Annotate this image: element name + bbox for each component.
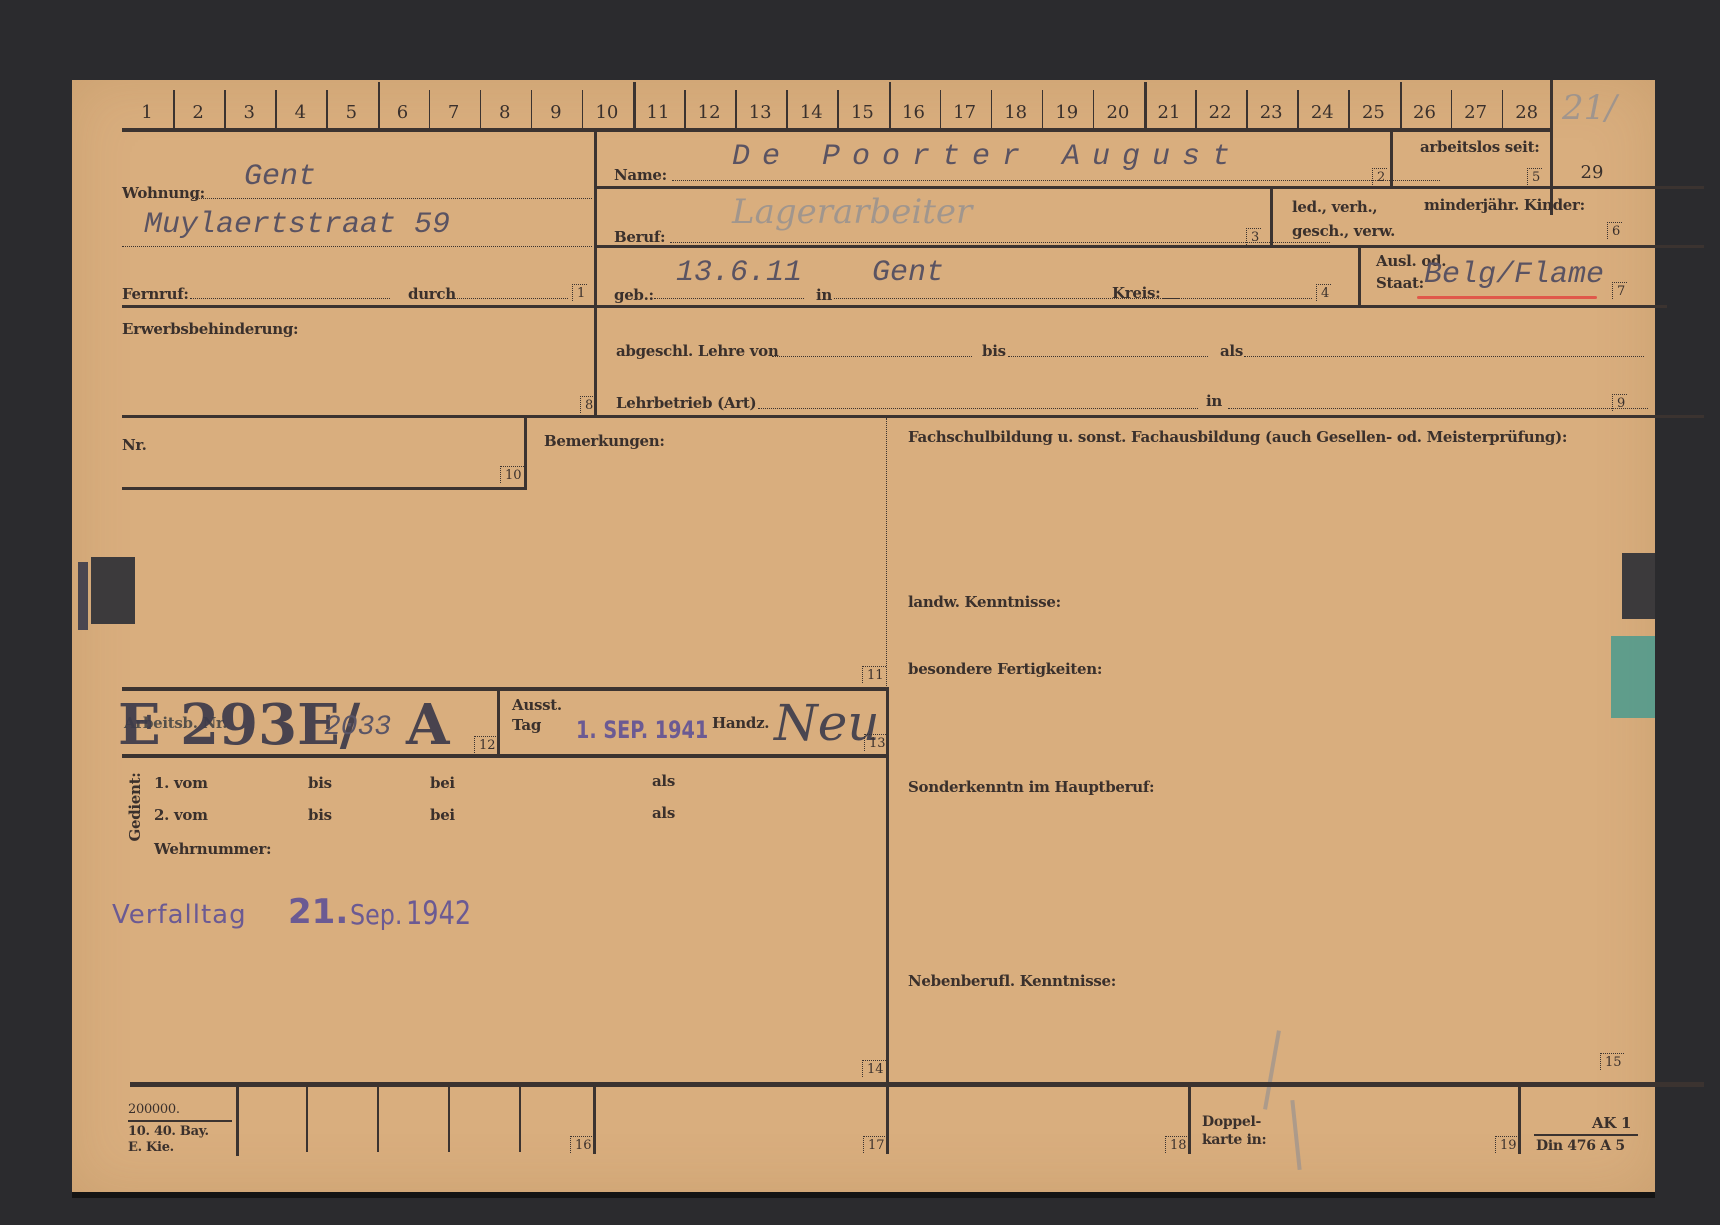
header-tick <box>1093 90 1095 130</box>
lehrbetrieb-line <box>758 408 1198 409</box>
header-number-2: 2 <box>178 102 218 123</box>
field-no-10: 10 <box>500 466 524 483</box>
verfalltag-label: Verfalltag <box>112 900 247 930</box>
lehre-bis-label: bis <box>982 342 1006 360</box>
header-tick <box>889 82 892 130</box>
header-number-28: 28 <box>1507 102 1547 123</box>
wohnung-label: Wohnung: <box>122 184 205 202</box>
rule-below-beruf <box>594 245 1704 248</box>
header-number-20: 20 <box>1098 102 1138 123</box>
rule-below-name <box>594 186 1704 189</box>
rule-below-lehre <box>122 415 1704 418</box>
header-number-10: 10 <box>587 102 627 123</box>
wohnung-line-2 <box>122 246 592 247</box>
field-no-13: 13 <box>864 734 888 751</box>
field-no-6: 6 <box>1607 222 1622 239</box>
lehrbetrieb-in-line <box>1228 408 1648 409</box>
header-tick <box>735 90 737 130</box>
nr-label: Nr. <box>122 436 147 454</box>
name-value[interactable]: De Poorter August <box>732 140 1242 174</box>
ausst-label-1: Ausst. <box>512 696 562 714</box>
staat-divider <box>1358 245 1361 305</box>
header-number-17: 17 <box>945 102 985 123</box>
verfalltag-month: Sep. <box>350 898 402 931</box>
gedient-1-bis: bis <box>308 774 332 792</box>
footer-thin-4 <box>519 1082 521 1152</box>
verfalltag-day: 21. <box>288 892 348 932</box>
lehrbetrieb-label: Lehrbetrieb (Art) <box>616 394 756 412</box>
gedient-2-bis: bis <box>308 806 332 824</box>
ausst-label-2: Tag <box>512 716 541 734</box>
lehre-als-line <box>1244 356 1644 357</box>
beruf-label: Beruf: <box>614 228 665 246</box>
col29-divider <box>1550 80 1553 215</box>
familienstand-line2: gesch., verw. <box>1292 222 1395 240</box>
erwerbsbehinderung-label: Erwerbsbehinderung: <box>122 320 298 338</box>
field-no-2: 2 <box>1372 168 1387 185</box>
geb-line <box>654 298 804 299</box>
pencil-check-lower <box>1290 1100 1301 1170</box>
gedient-2-bei: bei <box>430 806 455 824</box>
fertigkeiten-label: besondere Fertigkeiten: <box>908 660 1102 678</box>
footer-thin-2 <box>377 1082 379 1152</box>
header-tick <box>275 90 277 130</box>
nr-box-right <box>524 415 527 489</box>
arbeitsbuch-box-top <box>122 687 888 691</box>
header-tick <box>1246 90 1248 130</box>
header-number-25: 25 <box>1353 102 1393 123</box>
durch-line <box>450 298 568 299</box>
lehre-bis-line <box>1008 356 1208 357</box>
header-number-5: 5 <box>331 102 371 123</box>
header-tick <box>1195 90 1197 130</box>
field-no-1: 1 <box>572 284 587 301</box>
bemerkungen-label: Bemerkungen: <box>544 432 665 450</box>
field-no-5: 5 <box>1527 168 1542 185</box>
print-info-line1: 200000. <box>128 1102 180 1117</box>
gedient-1-bei: bei <box>430 774 455 792</box>
wohnung-line-1 <box>192 198 592 199</box>
lehrbetrieb-in-label: in <box>1206 392 1222 410</box>
header-number-24: 24 <box>1302 102 1342 123</box>
nebenberuf-label: Nebenberufl. Kenntnisse: <box>908 972 1116 990</box>
fernruf-line <box>190 298 390 299</box>
field-no-3: 3 <box>1246 228 1261 245</box>
registration-card: 1234567891011121314151617181920212223242… <box>72 80 1655 1192</box>
header-number-27: 27 <box>1456 102 1496 123</box>
arbeitsbuch-number[interactable]: 2033 <box>324 712 391 743</box>
header-tick <box>837 90 839 130</box>
header-tick <box>1144 82 1147 130</box>
fachschul-label: Fachschulbildung u. sonst. Fachausbildun… <box>908 428 1567 446</box>
durch-label: durch <box>408 285 456 303</box>
header-number-6: 6 <box>383 102 423 123</box>
wohnung-street[interactable]: Muylaertstraat 59 <box>144 208 450 242</box>
print-info-line3: E. Kie. <box>128 1140 174 1155</box>
kreis-line <box>1162 298 1312 299</box>
header-tick <box>1042 90 1044 130</box>
right-index-tab <box>1622 553 1655 619</box>
header-number-1: 1 <box>127 102 167 123</box>
main-vertical-divider <box>594 132 597 415</box>
lehre-von-line <box>772 356 972 357</box>
header-tick <box>1348 90 1350 130</box>
handz-label: Handz. <box>712 714 769 732</box>
din-label: Din 476 A 5 <box>1536 1138 1625 1154</box>
fernruf-label: Fernruf: <box>122 285 189 303</box>
red-underline <box>1417 296 1597 299</box>
gedient-2-als: als <box>652 804 675 822</box>
field-no-8: 8 <box>580 396 595 413</box>
kreis-label: Kreis: <box>1112 284 1160 302</box>
field-no-19: 19 <box>1495 1136 1519 1153</box>
field-no-7: 7 <box>1612 282 1627 299</box>
header-number-14: 14 <box>791 102 831 123</box>
header-tick <box>633 82 636 130</box>
lehre-als-label: als <box>1220 342 1243 360</box>
header-tick <box>582 90 584 130</box>
ausst-date-stamp: 1. SEP. 1941 <box>576 716 708 744</box>
verfalltag-year: 1942 <box>406 894 471 932</box>
header-number-15: 15 <box>842 102 882 123</box>
staat-label-2: Staat: <box>1376 274 1424 292</box>
header-tick <box>1400 82 1403 130</box>
left-index-tab <box>91 557 135 624</box>
form-id: AK 1 <box>1592 1114 1631 1132</box>
header-tick <box>684 90 686 130</box>
header-tick <box>940 90 942 130</box>
bemerkungen-divider <box>886 418 887 688</box>
green-marker <box>1611 636 1655 718</box>
nr-box-bottom <box>122 487 527 490</box>
geb-label: geb.: <box>614 286 654 304</box>
header-number-9: 9 <box>536 102 576 123</box>
beruf-line <box>670 242 1330 243</box>
header-number-8: 8 <box>485 102 525 123</box>
field-no-4: 4 <box>1316 284 1331 301</box>
landw-label: landw. Kenntnisse: <box>908 593 1061 611</box>
header-number-22: 22 <box>1200 102 1240 123</box>
arbeitslos-divider <box>1390 132 1393 187</box>
header-number-4: 4 <box>280 102 320 123</box>
header-number-26: 26 <box>1405 102 1445 123</box>
header-tick <box>224 90 226 130</box>
header-number-21: 21 <box>1149 102 1189 123</box>
field-no-16: 16 <box>570 1136 594 1153</box>
header-number-19: 19 <box>1047 102 1087 123</box>
form-id-rule <box>1534 1134 1638 1136</box>
arbeitslos-label: arbeitslos seit: <box>1420 138 1539 156</box>
header-tick <box>1502 90 1504 130</box>
name-line <box>672 180 1440 181</box>
wehrnummer-label: Wehrnummer: <box>154 840 271 858</box>
header-tick <box>326 90 328 130</box>
header-tick <box>991 90 993 130</box>
footer-top-rule <box>130 1082 1704 1087</box>
header-number-13: 13 <box>740 102 780 123</box>
header-tick <box>480 90 482 130</box>
lehre-label: abgeschl. Lehre von <box>616 342 778 360</box>
beruf-value[interactable]: Lagerarbeiter <box>732 192 972 232</box>
field-no-11: 11 <box>862 666 886 683</box>
header-tick <box>1451 90 1453 130</box>
print-info-rule <box>128 1120 232 1122</box>
staat-value[interactable]: Belg/Flame <box>1424 258 1604 292</box>
field-no-14: 14 <box>862 1060 886 1077</box>
header-number-7: 7 <box>434 102 474 123</box>
kinder-label: minderjähr. Kinder: <box>1424 196 1585 214</box>
header-tick <box>378 82 381 130</box>
header-number-11: 11 <box>638 102 678 123</box>
wohnung-city[interactable]: Gent <box>244 160 316 194</box>
arbeitsbuch-stamp-suffix: A <box>406 692 449 758</box>
header-number-12: 12 <box>689 102 729 123</box>
corner-pencil-mark: 21/ <box>1562 88 1617 128</box>
gedient-1-vom: 1. vom <box>154 774 208 792</box>
footer-thin-1 <box>306 1082 308 1152</box>
pencil-check-upper <box>1263 1030 1281 1109</box>
rule-below-fernruf <box>122 305 1667 308</box>
header-number-3: 3 <box>229 102 269 123</box>
header-number-23: 23 <box>1251 102 1291 123</box>
header-number-18: 18 <box>996 102 1036 123</box>
field-no-18: 18 <box>1165 1136 1189 1153</box>
header-tick <box>173 90 175 130</box>
footer-divider-1 <box>236 1082 239 1156</box>
familienstand-line1: led., verh., <box>1292 198 1377 216</box>
gedient-1-als: als <box>652 772 675 790</box>
geb-in-label: in <box>816 286 832 304</box>
field-no-17: 17 <box>863 1136 887 1153</box>
header-tick <box>531 90 533 130</box>
familienstand-divider <box>1270 186 1273 246</box>
field-no-12: 12 <box>474 736 498 753</box>
header-tick <box>786 90 788 130</box>
field-no-9: 9 <box>1612 394 1627 411</box>
header-tick <box>1297 90 1299 130</box>
sonderkenntn-label: Sonderkenntn im Hauptberuf: <box>908 778 1154 796</box>
gedient-label: Gedient: <box>126 772 144 842</box>
left-edge-tab <box>78 562 88 630</box>
print-info-line2: 10. 40. Bay. <box>128 1124 209 1139</box>
name-label: Name: <box>614 166 667 184</box>
doppelkarte-line2: karte in: <box>1202 1132 1266 1148</box>
corner-number: 29 <box>1572 162 1612 183</box>
geb-date[interactable]: 13.6.11 <box>676 256 802 290</box>
header-number-16: 16 <box>894 102 934 123</box>
geb-place[interactable]: Gent <box>872 256 944 290</box>
header-tick <box>429 90 431 130</box>
field-no-15: 15 <box>1600 1053 1624 1070</box>
gedient-2-vom: 2. vom <box>154 806 208 824</box>
footer-thin-3 <box>448 1082 450 1152</box>
doppelkarte-line1: Doppel- <box>1202 1114 1261 1130</box>
